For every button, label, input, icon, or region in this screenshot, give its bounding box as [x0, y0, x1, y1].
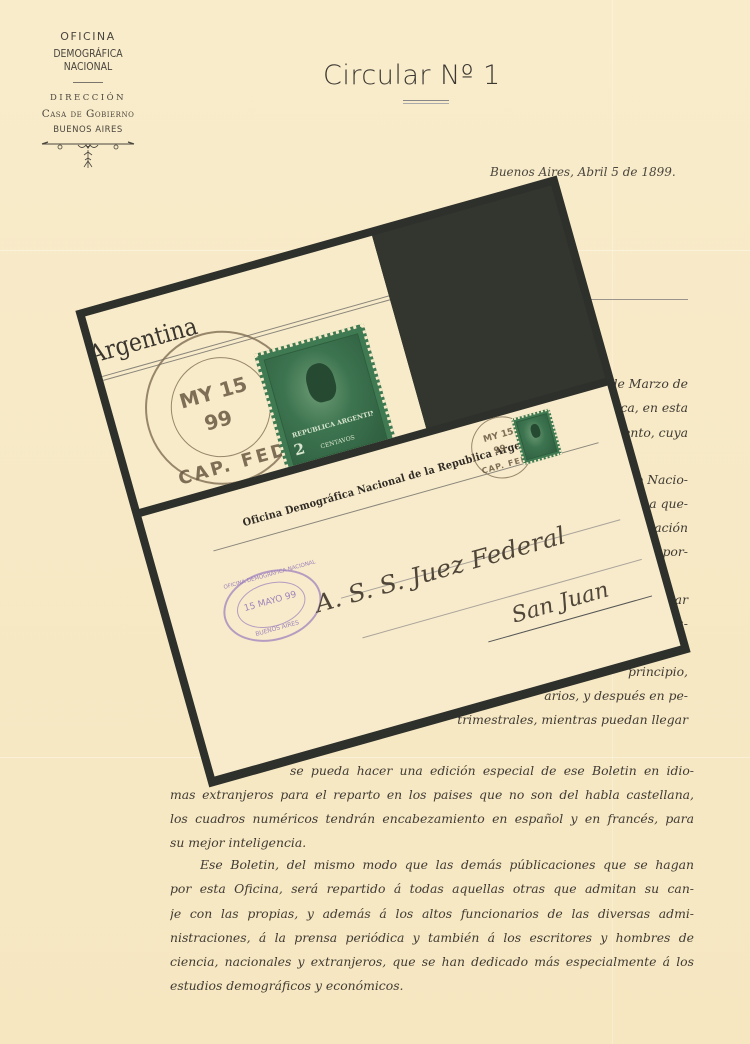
letterhead-office-name: DEMOGRÁFICA NACIONAL — [29, 47, 148, 73]
title-underline — [403, 100, 449, 104]
stamp-value: 2 — [292, 439, 307, 459]
portrait-icon — [302, 360, 340, 405]
letterhead: OFICINA DEMOGRÁFICA NACIONAL DIRECCIÓN C… — [18, 30, 158, 175]
letterhead-divider — [73, 82, 103, 83]
body-text-line: por esta Oficina, será repartido á todas… — [170, 881, 694, 899]
letterhead-office: OFICINA — [18, 30, 158, 43]
body-text-line: mas extranjeros para el reparto en los p… — [170, 787, 694, 802]
body-text-line: su mejor inteligencia. — [170, 835, 306, 850]
body-text-line: ciencia, nacionales y extranjeros, que s… — [170, 954, 694, 972]
letterhead-address: Casa de Gobierno — [18, 108, 158, 120]
portrait-icon — [529, 423, 541, 439]
body-text-line: nistraciones, á la prensa periódica y ta… — [170, 930, 694, 948]
scroll-ornament-icon — [40, 141, 136, 171]
body-text-line: trimestrales, mientras puedan llegar — [457, 712, 688, 727]
dateline: Buenos Aires, Abril 5 de 1899. — [490, 165, 676, 179]
letterhead-city: BUENOS AIRES — [18, 125, 158, 135]
body-text-line: se pueda hacer una edición especial de e… — [290, 763, 694, 778]
stamp-portrait-small — [516, 413, 558, 460]
page-title: Circular Nº 1 — [323, 60, 501, 91]
body-text-line: estudios demográficos y económicos. — [170, 978, 404, 993]
body-text-line: los cuadros numéricos tendrán encabezami… — [170, 811, 694, 826]
body-text-line: arios, y después en pe- — [544, 688, 688, 703]
body-text-line: Ese Boletin, del mismo modo que las demá… — [200, 857, 694, 875]
body-text-line: je con las propias, y además á los altos… — [170, 906, 694, 924]
paper-fold — [0, 757, 750, 758]
letterhead-direction: DIRECCIÓN — [18, 93, 158, 103]
